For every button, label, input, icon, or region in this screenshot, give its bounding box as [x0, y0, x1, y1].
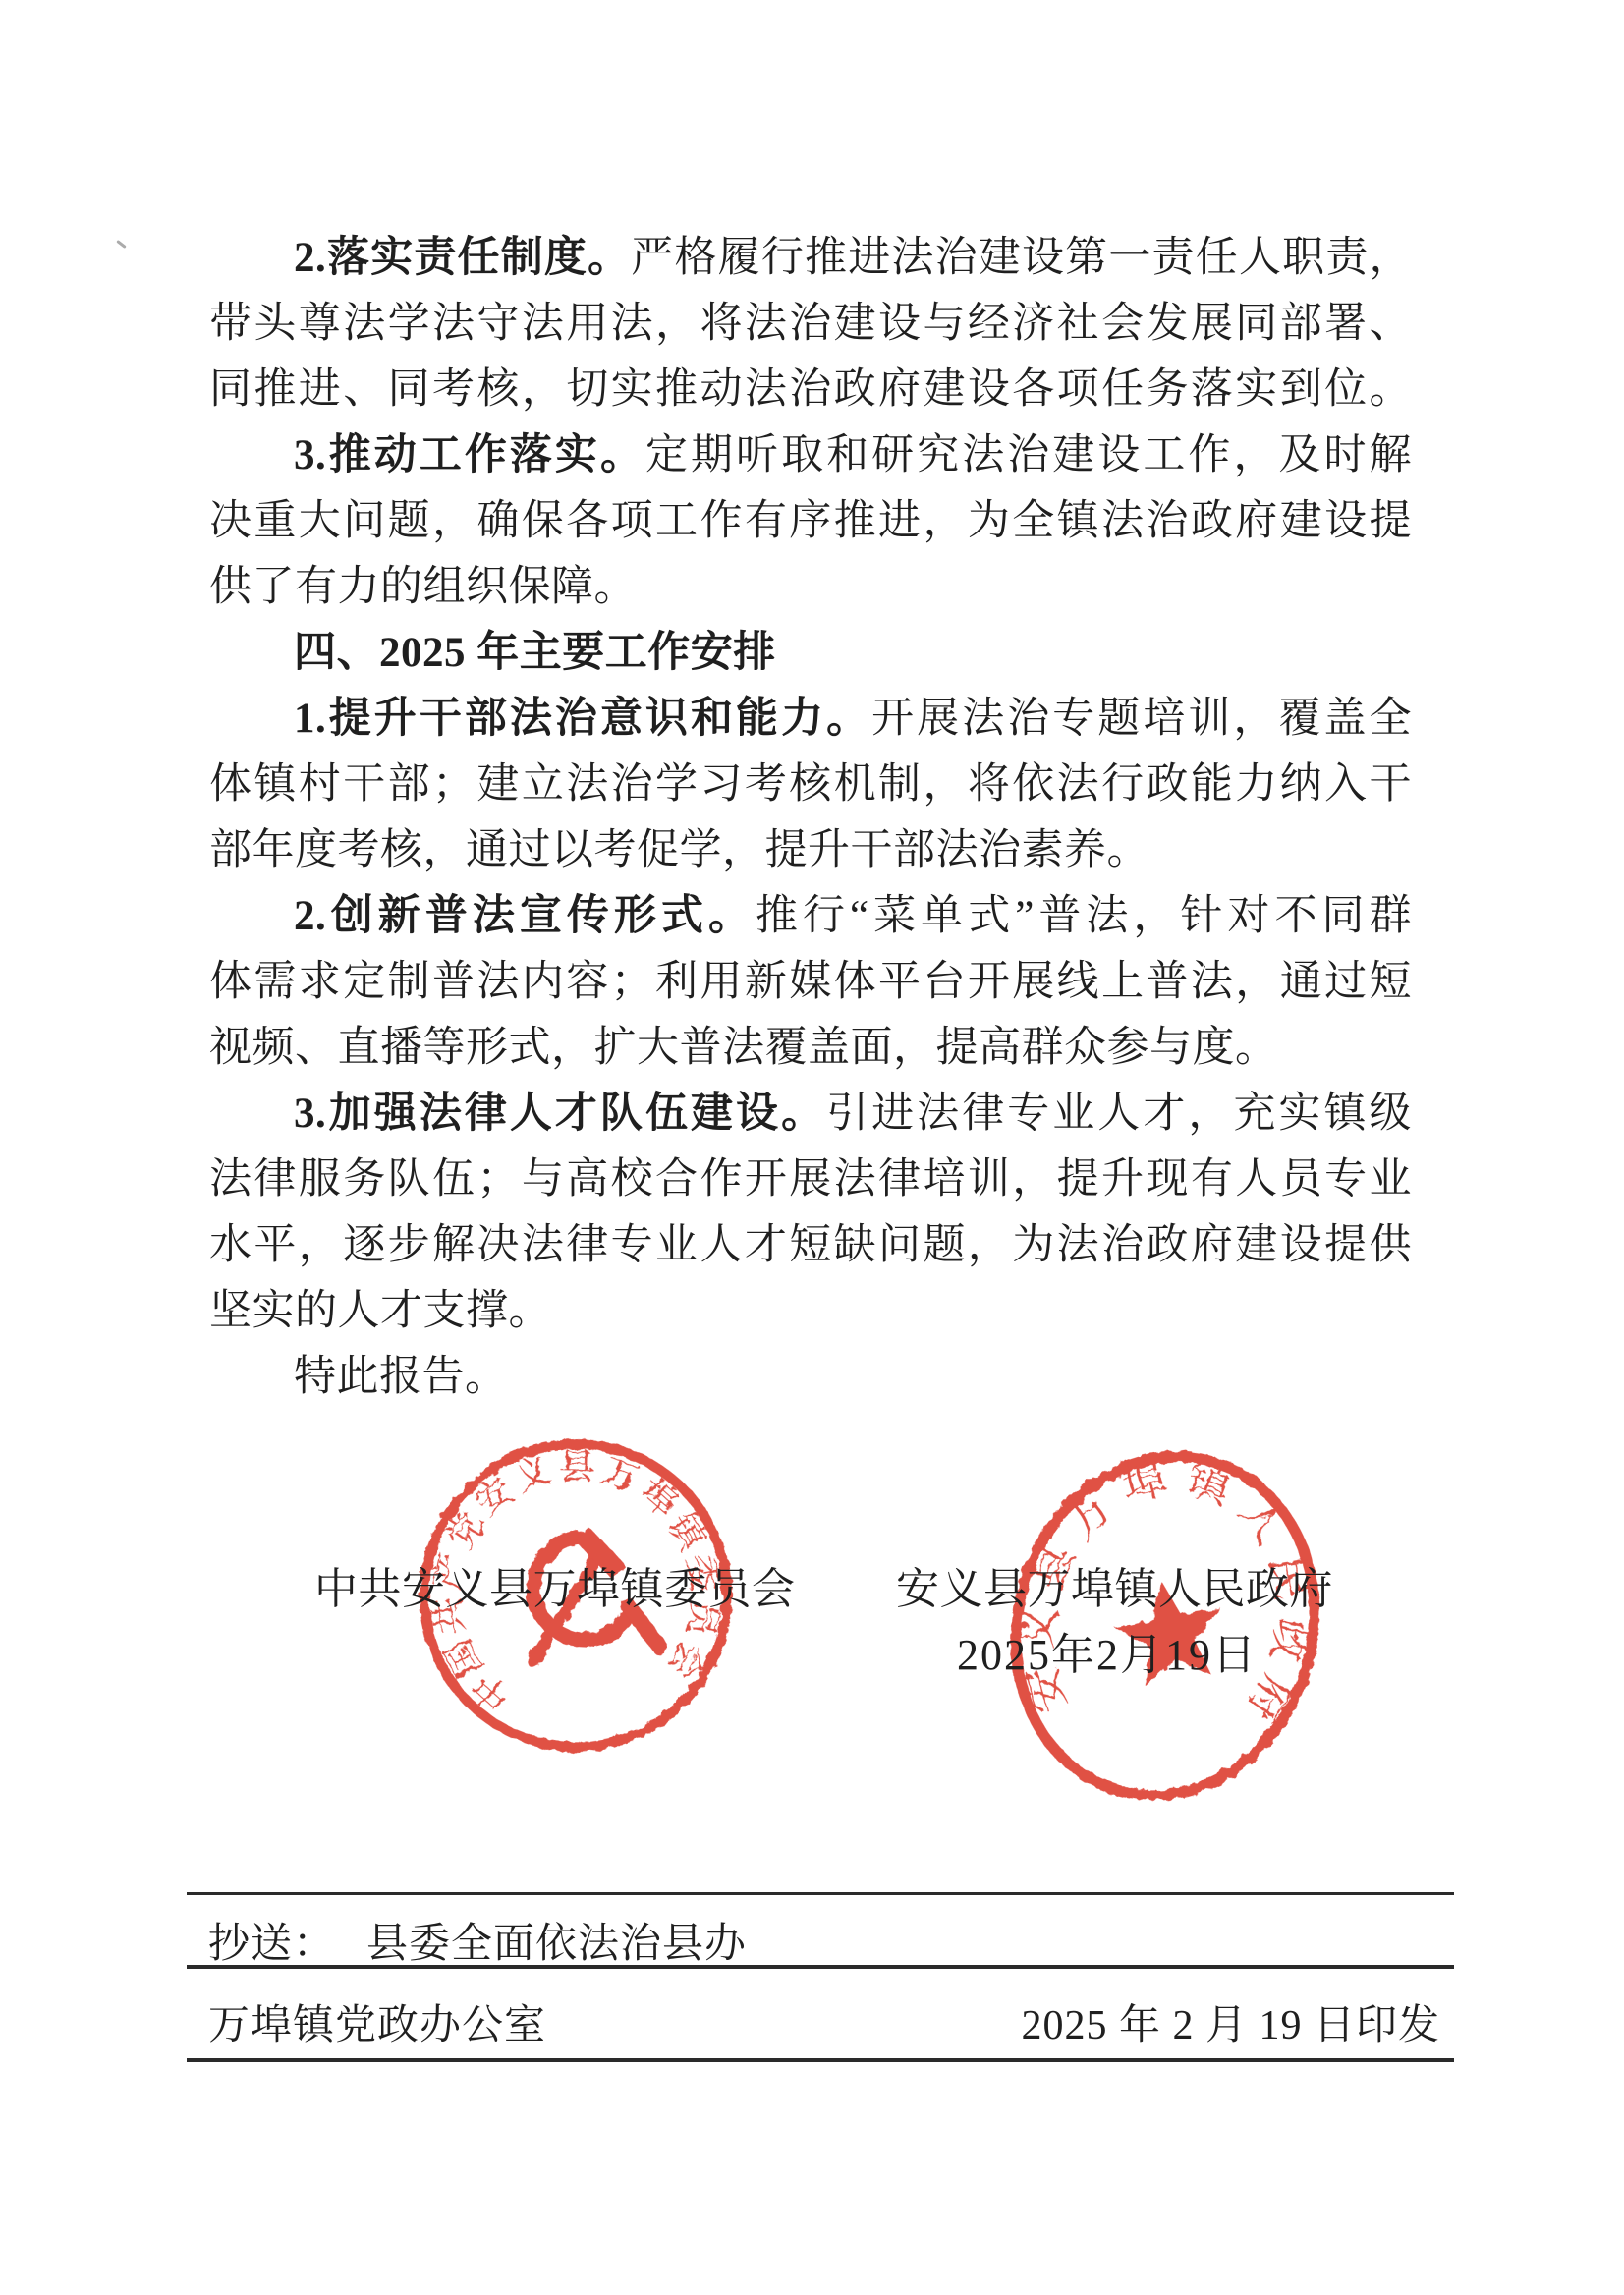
- body-line-text: 带头尊法学法守法用法，将法治建设与经济社会发展同部署、: [209, 301, 1412, 347]
- body-line-text: 体镇村干部；建立法治学习考核机制，将依法行政能力纳入干: [209, 761, 1412, 808]
- footer-divider-middle: [187, 1965, 1454, 1969]
- body-line: 3.推动工作落实。定期听取和研究法治建设工作，及时解: [209, 422, 1412, 488]
- body-line-text: 定期听取和研究法治建设工作，及时解: [645, 432, 1412, 478]
- scan-speck: [116, 240, 127, 249]
- signature-date: 2025年2月19日: [957, 1619, 1258, 1682]
- body-line: 带头尊法学法守法用法，将法治建设与经济社会发展同部署、: [209, 291, 1412, 357]
- issuer-office: 万埠镇党政办公室: [208, 1992, 546, 2051]
- body-line-text: 供了有力的组织保障。: [209, 564, 637, 610]
- body-line-text: 特此报告。: [294, 1354, 508, 1400]
- body-line-text: 同推进、同考核，切实推动法治政府建设各项任务落实到位。: [209, 366, 1412, 413]
- print-date: 2025 年 2 月 19 日印发: [1021, 1992, 1440, 2051]
- cc-value: 县委全面依法治县办: [366, 1911, 747, 1970]
- body-line: 3.加强法律人才队伍建设。引进法律专业人才，充实镇级: [209, 1081, 1412, 1147]
- body-line-text: 开展法治专题培训，覆盖全: [871, 696, 1412, 742]
- document-body: 2.落实责任制度。严格履行推进法治建设第一责任人职责，带头尊法学法守法用法，将法…: [209, 225, 1412, 1410]
- body-line: 四、2025 年主要工作安排: [209, 620, 1412, 686]
- footer-divider-bottom: [187, 2058, 1454, 2062]
- body-line-text: 部年度考核，通过以考促学，提升干部法治素养。: [209, 827, 1149, 873]
- body-line: 水平，逐步解决法律专业人才短缺问题，为法治政府建设提供: [209, 1212, 1412, 1278]
- body-line-bold-lead: 1.提升干部法治意识和能力。: [294, 696, 871, 742]
- body-line-text: 决重大问题，确保各项工作有序推进，为全镇法治政府建设提: [209, 498, 1412, 544]
- signature-government: 安义县万埠镇人民政府: [896, 1553, 1333, 1616]
- body-line-text: 水平，逐步解决法律专业人才短缺问题，为法治政府建设提供: [209, 1222, 1412, 1268]
- body-line: 2.创新普法宣传形式。推行“菜单式”普法，针对不同群: [209, 883, 1412, 949]
- body-line: 坚实的人才支撑。: [209, 1278, 1412, 1344]
- body-line-text: 坚实的人才支撑。: [209, 1288, 551, 1334]
- body-line-text: 法律服务队伍；与高校合作开展法律培训，提升现有人员专业: [209, 1156, 1412, 1203]
- body-line: 同推进、同考核，切实推动法治政府建设各项任务落实到位。: [209, 357, 1412, 422]
- body-line: 1.提升干部法治意识和能力。开展法治专题培训，覆盖全: [209, 686, 1412, 752]
- body-line-bold-lead: 2.创新普法宣传形式。: [294, 893, 756, 939]
- cc-label: 抄送：: [208, 1911, 335, 1970]
- body-line-bold-lead: 四、2025 年主要工作安排: [294, 630, 776, 676]
- body-line-text: 引进法律专业人才，充实镇级: [826, 1091, 1412, 1137]
- body-line: 体需求定制普法内容；利用新媒体平台开展线上普法，通过短: [209, 949, 1412, 1015]
- body-line-bold-lead: 3.加强法律人才队伍建设。: [294, 1091, 826, 1137]
- body-line-text: 推行“菜单式”普法，针对不同群: [756, 893, 1412, 939]
- body-line-bold-lead: 2.落实责任制度。: [294, 235, 631, 281]
- body-line: 决重大问题，确保各项工作有序推进，为全镇法治政府建设提: [209, 488, 1412, 554]
- body-line: 部年度考核，通过以考促学，提升干部法治素养。: [209, 817, 1412, 883]
- body-line-bold-lead: 3.推动工作落实。: [294, 432, 645, 478]
- document-page: 2.落实责任制度。严格履行推进法治建设第一责任人职责，带头尊法学法守法用法，将法…: [0, 0, 1624, 2295]
- body-line: 特此报告。: [209, 1344, 1412, 1410]
- body-line: 供了有力的组织保障。: [209, 554, 1412, 620]
- body-line: 法律服务队伍；与高校合作开展法律培训，提升现有人员专业: [209, 1147, 1412, 1212]
- body-line-text: 视频、直播等形式，扩大普法覆盖面，提高群众参与度。: [209, 1025, 1278, 1071]
- body-line: 体镇村干部；建立法治学习考核机制，将依法行政能力纳入干: [209, 752, 1412, 817]
- body-line: 视频、直播等形式，扩大普法覆盖面，提高群众参与度。: [209, 1015, 1412, 1081]
- footer-divider-top: [187, 1892, 1454, 1895]
- body-line-text: 严格履行推进法治建设第一责任人职责，: [631, 235, 1412, 281]
- signature-party-committee: 中共安义县万埠镇委员会: [314, 1553, 796, 1616]
- body-line: 2.落实责任制度。严格履行推进法治建设第一责任人职责，: [209, 225, 1412, 291]
- body-line-text: 体需求定制普法内容；利用新媒体平台开展线上普法，通过短: [209, 959, 1412, 1005]
